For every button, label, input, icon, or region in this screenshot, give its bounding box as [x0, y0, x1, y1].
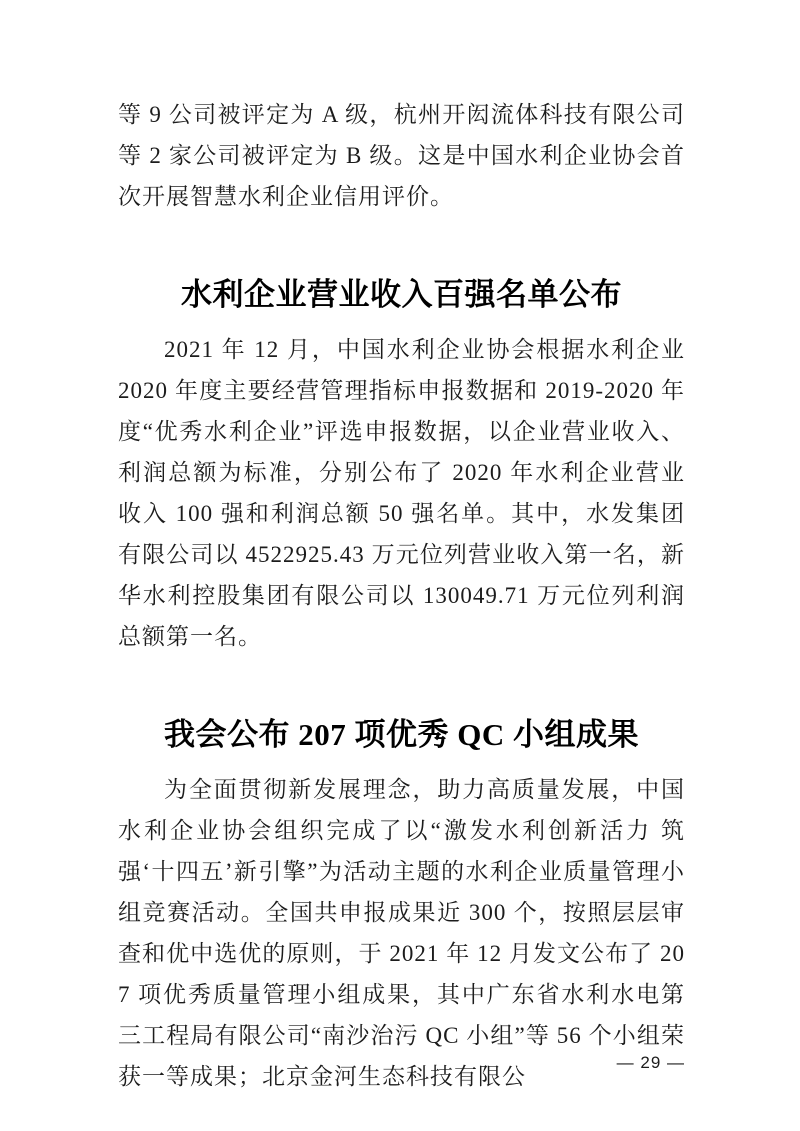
page-number: — 29 — [617, 1053, 685, 1073]
paragraph-qc-results: 为全面贯彻新发展理念，助力高质量发展，中国水利企业协会组织完成了以“激发水利创新… [118, 769, 685, 1097]
paragraph-continuation: 等 9 公司被评定为 A 级，杭州开闳流体科技有限公司等 2 家公司被评定为 B… [118, 94, 685, 217]
paragraph-revenue-top100: 2021 年 12 月，中国水利企业协会根据水利企业 2020 年度主要经营管理… [118, 329, 685, 657]
document-page: 等 9 公司被评定为 A 级，杭州开闳流体科技有限公司等 2 家公司被评定为 B… [0, 0, 800, 1131]
article-title-qc-results: 我会公布 207 项优秀 QC 小组成果 [118, 712, 685, 758]
article-title-revenue-top100: 水利企业营业收入百强名单公布 [118, 272, 685, 318]
